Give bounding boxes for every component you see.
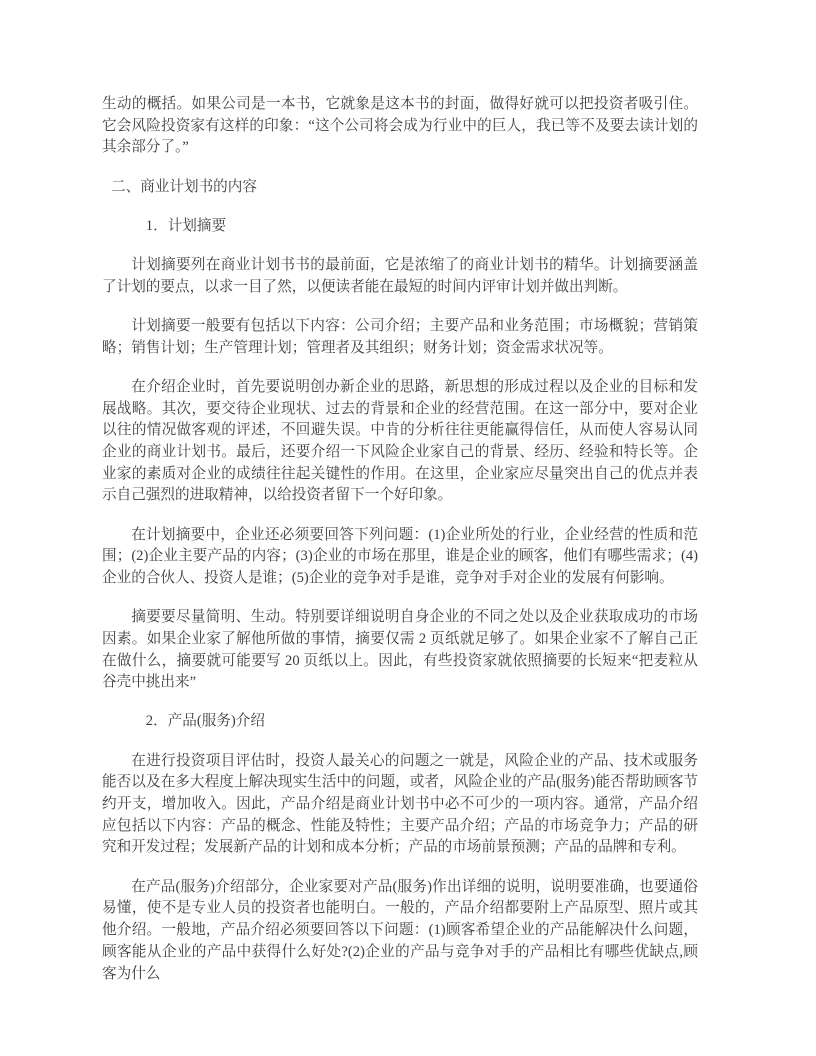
paragraph: 在介绍企业时，首先要说明创办新企业的思路，新思想的形成过程以及企业的目标和发展战… <box>102 377 698 507</box>
paragraph: 生动的概括。如果公司是一本书，它就象是这本书的封面，做得好就可以把投资者吸引住。… <box>102 94 698 159</box>
item-heading: 1．计划摘要 <box>102 216 698 238</box>
paragraph: 在产品(服务)介绍部分，企业家要对产品(服务)作出详细的说明，说明要准确，也要通… <box>102 877 698 986</box>
section-heading: 二、商业计划书的内容 <box>102 177 698 199</box>
document-body: 生动的概括。如果公司是一本书，它就象是这本书的封面，做得好就可以把投资者吸引住。… <box>102 94 698 1003</box>
paragraph: 计划摘要一般要有包括以下内容：公司介绍；主要产品和业务范围；市场概貌；营销策略；… <box>102 316 698 359</box>
paragraph: 摘要要尽量简明、生动。特别要详细说明自身企业的不同之处以及企业获取成功的市场因素… <box>102 607 698 694</box>
paragraph: 在计划摘要中，企业还必须要回答下列问题：(1)企业所处的行业，企业经营的性质和范… <box>102 525 698 590</box>
document-page: 生动的概括。如果公司是一本书，它就象是这本书的封面，做得好就可以把投资者吸引住。… <box>0 0 816 1056</box>
item-heading: 2．产品(服务)介绍 <box>102 711 698 733</box>
paragraph: 在进行投资项目评估时，投资人最关心的问题之一就是，风险企业的产品、技术或服务能否… <box>102 751 698 860</box>
paragraph: 计划摘要列在商业计划书书的最前面，它是浓缩了的商业计划书的精华。计划摘要涵盖了计… <box>102 255 698 298</box>
